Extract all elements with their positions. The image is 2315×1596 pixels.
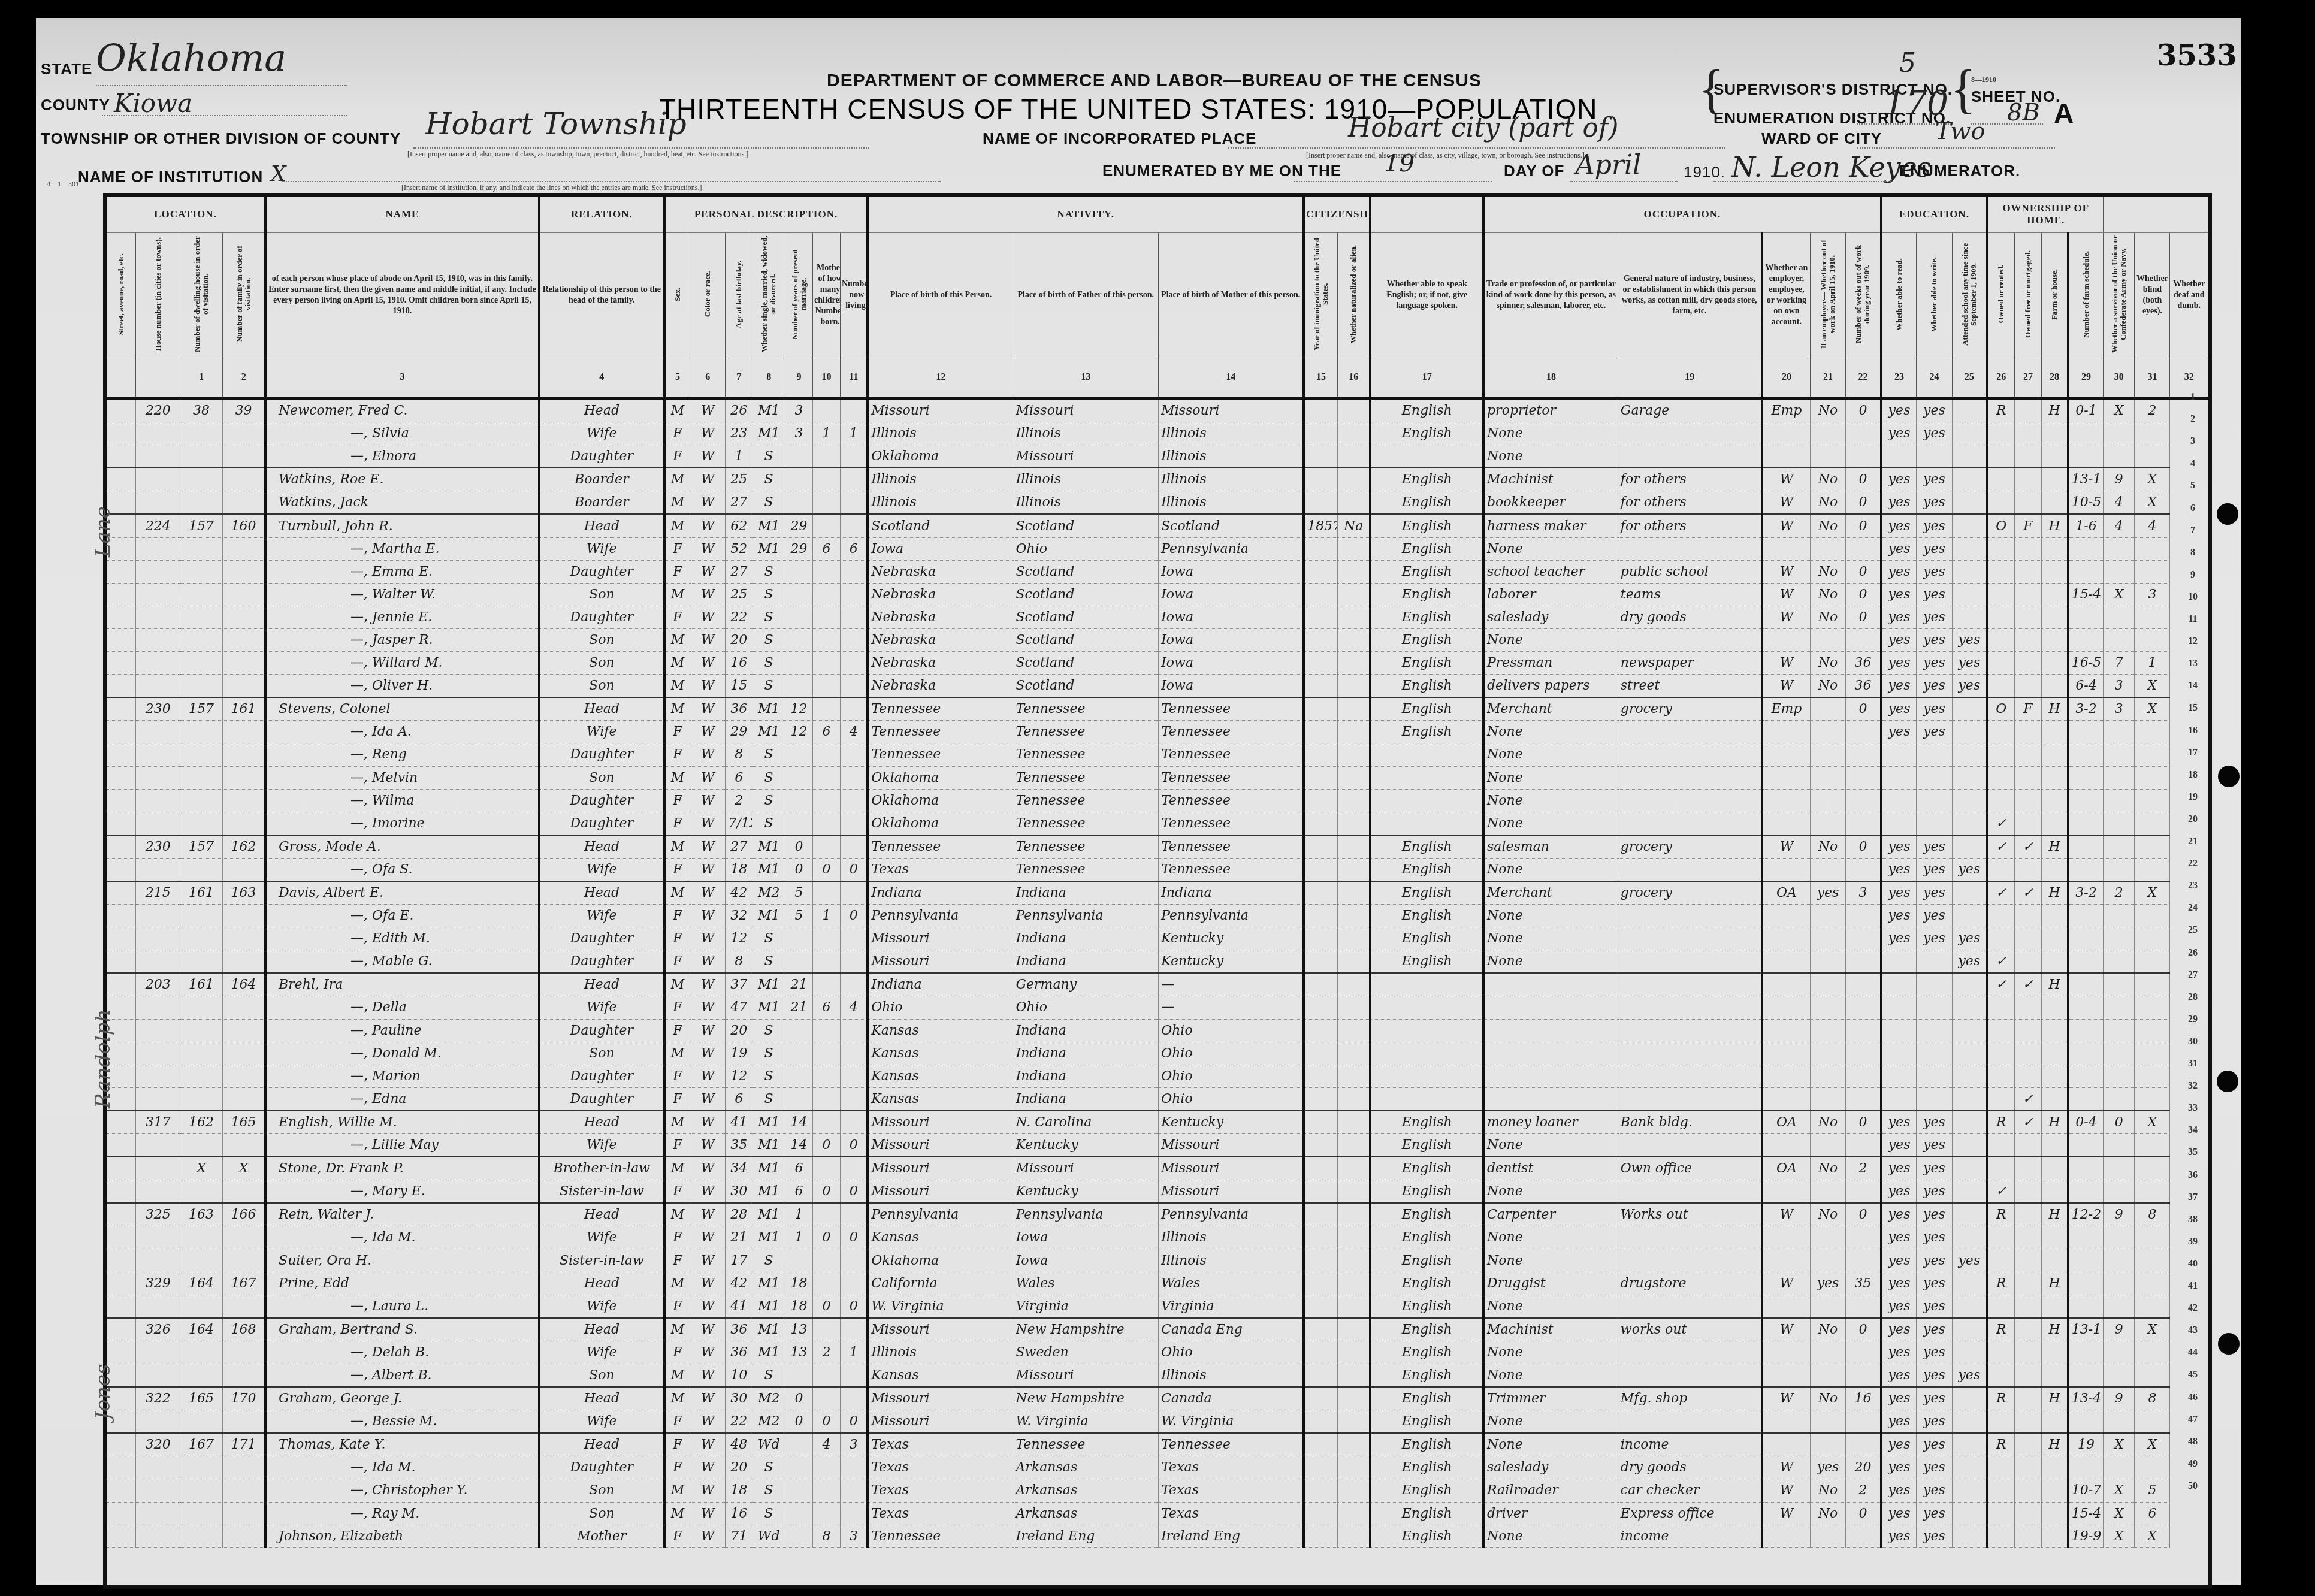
cell-race: W [690,606,726,628]
cell-street [107,858,136,881]
cell-industry [1618,1226,1762,1249]
cell-schedule: 15-4 [2068,1502,2104,1525]
census-body: 2203839Newcomer, Fred C.HeadMW26M13Misso… [107,398,2208,1548]
cell-pob-father: Virginia [1013,1295,1159,1318]
cell-sex: F [664,1087,690,1111]
cell-trade: None [1483,1295,1618,1318]
cell-free [2014,721,2042,743]
cell-family [223,1019,265,1042]
cell-age: 34 [726,1157,752,1180]
cell-c31 [2135,1341,2170,1364]
cell-sex: F [664,1226,690,1249]
census-row: —, Bessie M.WifeFW22M2000MissouriW. Virg… [107,1410,2208,1434]
cell-pob-father: Missouri [1013,1157,1159,1180]
cell-out-work [1810,789,1845,812]
cell-family [223,721,265,743]
cell-owned: R [1987,1203,2014,1226]
cell-c30 [2104,445,2135,468]
cell-pob-mother: Missouri [1159,398,1304,422]
cell-years-married: 14 [785,1134,813,1157]
cell-years-married [785,652,813,675]
cell-age: 6 [726,1087,752,1111]
cell-years-married [785,445,813,468]
cell-dwelling: 164 [180,1318,222,1341]
cell-relation: Wife [539,721,664,743]
cell-farm: H [2042,697,2068,721]
cell-school [1952,905,1987,927]
cell-living [840,1087,868,1111]
cell-c30: 4 [2104,514,2135,537]
cell-read: yes [1881,560,1917,583]
cell-pob-mother: Missouri [1159,1180,1304,1204]
line-number: 10 [2181,592,2205,603]
cell-natz [1337,1318,1370,1341]
cell-name: Stevens, Colonel [265,697,539,721]
cell-write: yes [1917,675,1952,698]
cell-industry [1618,628,1762,651]
cell-pob: Kansas [868,1042,1013,1065]
cell-relation: Daughter [539,1087,664,1111]
cell-read: yes [1881,1433,1917,1456]
cell-owned [1987,789,2014,812]
cell-house [136,583,180,606]
cell-trade: None [1483,1364,1618,1387]
cell-pob: Kansas [868,1364,1013,1387]
cell-trade: saleslady [1483,606,1618,628]
cell-immig [1304,697,1337,721]
cell-age: 12 [726,927,752,950]
cell-trade: Carpenter [1483,1203,1618,1226]
cell-pob: Missouri [868,1134,1013,1157]
cell-sex: M [664,675,690,698]
cell-street [107,1180,136,1204]
cell-c30: X [2104,583,2135,606]
cell-read [1881,1065,1917,1087]
cell-marital: M2 [752,1387,785,1410]
cell-years-married: 6 [785,1180,813,1204]
census-row: —, Walter W.SonMW25SNebraskaScotlandIowa… [107,583,2208,606]
cell-schedule: 19 [2068,1433,2104,1456]
cell-schedule: 1-6 [2068,514,2104,537]
cell-years-married [785,560,813,583]
cell-race: W [690,1065,726,1087]
cell-out-work: No [1810,468,1845,491]
cell-weeks: 35 [1846,1272,1881,1295]
cell-natz [1337,812,1370,835]
cell-years-married: 21 [785,996,813,1019]
cell-pob-mother: Ohio [1159,1019,1304,1042]
cell-house [136,652,180,675]
cell-marital: S [752,628,785,651]
cell-relation: Daughter [539,1456,664,1479]
cell-out-work: No [1810,675,1845,698]
cell-read: yes [1881,1387,1917,1410]
cell-c31 [2135,1042,2170,1065]
line-number: 40 [2181,1259,2205,1269]
cell-age: 12 [726,1065,752,1087]
cell-dwelling [180,766,222,789]
cell-read: yes [1881,628,1917,651]
column-number: 16 [1337,358,1370,398]
column-number: 24 [1917,358,1952,398]
cell-english: English [1370,675,1483,698]
cell-pob-mother: Canada Eng [1159,1318,1304,1341]
column-label-text: Whether a survivor of the Union or Confe… [2111,234,2127,354]
line-number: 8 [2181,548,2205,558]
cell-c31: X [2135,491,2170,515]
cell-free [2014,1065,2042,1087]
cell-house: 224 [136,514,180,537]
cell-c31 [2135,1272,2170,1295]
cell-dwelling [180,1456,222,1479]
cell-schedule [2068,743,2104,766]
cell-living [840,927,868,950]
cell-school [1952,1134,1987,1157]
cell-emp: W [1762,468,1811,491]
cell-marital: M1 [752,1226,785,1249]
cell-schedule: 12-2 [2068,1203,2104,1226]
cell-c31: X [2135,675,2170,698]
cell-marital: M1 [752,398,785,422]
cell-pob: Tennessee [868,697,1013,721]
cell-dwelling [180,1065,222,1087]
cell-relation: Head [539,1433,664,1456]
cell-pob-mother: Ohio [1159,1065,1304,1087]
column-header-label: Whether able to speak English; or, if no… [1370,233,1483,358]
cell-pob-mother: Ohio [1159,1042,1304,1065]
cell-c31 [2135,422,2170,445]
cell-living [840,1387,868,1410]
cell-c31 [2135,1295,2170,1318]
cell-immig [1304,1272,1337,1295]
cell-born [813,445,841,468]
cell-dwelling [180,1502,222,1525]
cell-marital: M1 [752,1341,785,1364]
cell-emp: W [1762,560,1811,583]
cell-pob-father: Kentucky [1013,1134,1159,1157]
margin-note-lane: Lane [91,506,115,557]
cell-read: yes [1881,398,1917,422]
cell-write [1917,1042,1952,1065]
cell-race: W [690,766,726,789]
cell-read [1881,789,1917,812]
cell-marital: M1 [752,905,785,927]
cell-c31: X [2135,697,2170,721]
cell-industry: income [1618,1433,1762,1456]
cell-pob-mother: Ohio [1159,1087,1304,1111]
ward-line [1857,147,2055,149]
cell-farm [2042,743,2068,766]
cell-school [1952,1111,1987,1134]
cell-family [223,927,265,950]
cell-years-married [785,606,813,628]
cell-immig [1304,675,1337,698]
cell-sex: M [664,1318,690,1341]
cell-dwelling [180,468,222,491]
cell-free [2014,905,2042,927]
cell-write [1917,789,1952,812]
census-row: —, DellaWifeFW47M12164OhioOhio— [107,996,2208,1019]
cell-sex: M [664,491,690,515]
cell-emp [1762,1364,1811,1387]
cell-read: yes [1881,1295,1917,1318]
cell-schedule [2068,1295,2104,1318]
census-row: —, Jennie E.DaughterFW22SNebraskaScotlan… [107,606,2208,628]
cell-owned [1987,1134,2014,1157]
cell-race: W [690,1272,726,1295]
cell-schedule [2068,560,2104,583]
cell-pob-father: Pennsylvania [1013,1203,1159,1226]
cell-industry [1618,1087,1762,1111]
cell-age: 15 [726,675,752,698]
cell-natz [1337,1087,1370,1111]
cell-write [1917,1019,1952,1042]
cell-farm [2042,1525,2068,1547]
cell-sex: F [664,1410,690,1434]
cell-weeks: 0 [1846,1502,1881,1525]
cell-natz [1337,1341,1370,1364]
cell-farm [2042,468,2068,491]
cell-weeks [1846,1087,1881,1111]
cell-pob: Tennessee [868,721,1013,743]
cell-race: W [690,652,726,675]
cell-years-married: 5 [785,905,813,927]
column-number: 14 [1159,358,1304,398]
cell-school [1952,1318,1987,1341]
cell-immig [1304,835,1337,859]
cell-free [2014,789,2042,812]
cell-living [840,1019,868,1042]
cell-relation: Wife [539,1226,664,1249]
cell-industry: for others [1618,468,1762,491]
cell-owned [1987,858,2014,881]
cell-race: W [690,1087,726,1111]
cell-trade [1483,996,1618,1019]
cell-immig [1304,858,1337,881]
cell-race: W [690,721,726,743]
cell-weeks [1846,1341,1881,1364]
cell-living [840,789,868,812]
cell-schedule: 0-1 [2068,398,2104,422]
cell-race: W [690,514,726,537]
column-header-label: Age at last birthday. [726,233,752,358]
cell-natz [1337,1525,1370,1547]
cell-free [2014,1226,2042,1249]
cell-marital: M1 [752,1295,785,1318]
cell-pob: Pennsylvania [868,905,1013,927]
cell-weeks [1846,766,1881,789]
cell-out-work [1810,1295,1845,1318]
census-row: —, Donald M.SonMW19SKansasIndianaOhio [107,1042,2208,1065]
cell-family [223,1042,265,1065]
cell-race: W [690,537,726,560]
cell-farm: H [2042,881,2068,905]
cell-industry: for others [1618,491,1762,515]
township-label: TOWNSHIP OR OTHER DIVISION OF COUNTY [41,129,401,148]
cell-write: yes [1917,1134,1952,1157]
cell-years-married [785,766,813,789]
cell-name: —, Edna [265,1087,539,1111]
cell-owned [1987,1249,2014,1272]
cell-schedule [2068,1134,2104,1157]
cell-years-married [785,812,813,835]
cell-street [107,606,136,628]
line-number: 3 [2181,436,2205,447]
cell-out-work: yes [1810,1456,1845,1479]
cell-pob-mother: Missouri [1159,1134,1304,1157]
cell-pob: Missouri [868,950,1013,974]
cell-street [107,743,136,766]
cell-natz [1337,766,1370,789]
cell-pob-mother: Canada [1159,1387,1304,1410]
line-number: 26 [2181,948,2205,959]
column-group-header [1370,197,1483,233]
cell-pob-father: Indiana [1013,1042,1159,1065]
cell-sex: M [664,468,690,491]
ward-label: WARD OF CITY [1761,129,1882,148]
line-number: 45 [2181,1370,2205,1380]
cell-weeks [1846,628,1881,651]
cell-living: 0 [840,1180,868,1204]
cell-name: —, Ida M. [265,1226,539,1249]
cell-age: 16 [726,652,752,675]
cell-industry [1618,927,1762,950]
cell-school [1952,1525,1987,1547]
cell-emp [1762,766,1811,789]
cell-family: 170 [223,1387,265,1410]
cell-house [136,445,180,468]
cell-living: 4 [840,721,868,743]
cell-read: yes [1881,422,1917,445]
cell-years-married [785,1087,813,1111]
cell-pob-father: Arkansas [1013,1502,1159,1525]
line-number: 43 [2181,1325,2205,1336]
column-number: 23 [1881,358,1917,398]
cell-emp [1762,1433,1811,1456]
cell-pob: Illinois [868,422,1013,445]
cell-trade: proprietor [1483,398,1618,422]
cell-house [136,927,180,950]
cell-family [223,1364,265,1387]
cell-school [1952,812,1987,835]
cell-living [840,1272,868,1295]
cell-living [840,881,868,905]
line-number: 16 [2181,726,2205,736]
cell-pob-mother: Iowa [1159,583,1304,606]
cell-relation: Head [539,1272,664,1295]
column-label-text: Number of family in order of visitation. [235,234,252,354]
cell-family: 39 [223,398,265,422]
cell-industry: newspaper [1618,652,1762,675]
column-label-text: Year of immigration to the United States… [1313,234,1329,354]
cell-pob-mother: Illinois [1159,1364,1304,1387]
cell-out-work: No [1810,1111,1845,1134]
cell-read: yes [1881,858,1917,881]
cell-pob-father: Scotland [1013,675,1159,698]
cell-immig [1304,1410,1337,1434]
cell-relation: Head [539,835,664,859]
cell-c31 [2135,789,2170,812]
cell-industry: car checker [1618,1479,1762,1502]
cell-relation: Brother-in-law [539,1157,664,1180]
line-number: 23 [2181,881,2205,891]
cell-relation: Son [539,583,664,606]
cell-pob-mother: Illinois [1159,422,1304,445]
cell-c31: 5 [2135,1479,2170,1502]
cell-trade: saleslady [1483,1456,1618,1479]
county-label: COUNTY [41,96,110,114]
cell-born: 2 [813,1341,841,1364]
cell-farm: H [2042,973,2068,996]
column-label-text: Farm or house. [2050,269,2059,320]
cell-pob-father: Tennessee [1013,766,1159,789]
cell-free [2014,560,2042,583]
cell-free [2014,1364,2042,1387]
cell-sex: M [664,881,690,905]
cell-out-work: No [1810,606,1845,628]
column-number: 1 [180,358,222,398]
cell-pob-father: Tennessee [1013,858,1159,881]
cell-c30 [2104,905,2135,927]
cell-age: 25 [726,468,752,491]
column-header-label: House number (in cities or towns). [136,233,180,358]
cell-pob: Missouri [868,1410,1013,1434]
cell-c30 [2104,1134,2135,1157]
cell-schedule [2068,422,2104,445]
cell-house [136,1364,180,1387]
cell-english: English [1370,1249,1483,1272]
cell-immig [1304,1180,1337,1204]
cell-owned [1987,606,2014,628]
cell-write: yes [1917,1387,1952,1410]
cell-relation: Head [539,1318,664,1341]
cell-schedule [2068,1272,2104,1295]
cell-owned [1987,1065,2014,1087]
cell-years-married: 1 [785,1226,813,1249]
column-group-header: NATIVITY. [868,197,1304,233]
cell-natz [1337,996,1370,1019]
cell-trade: None [1483,1410,1618,1434]
cell-farm [2042,789,2068,812]
cell-write: yes [1917,398,1952,422]
cell-school [1952,1019,1987,1042]
sheet-value: 8B [2007,99,2040,126]
cell-born [813,950,841,974]
census-row: 2203839Newcomer, Fred C.HeadMW26M13Misso… [107,398,2208,422]
cell-born [813,1249,841,1272]
cell-family [223,1341,265,1364]
cell-age: 28 [726,1203,752,1226]
cell-race: W [690,1295,726,1318]
cell-schedule [2068,973,2104,996]
cell-pob-father: Tennessee [1013,1433,1159,1456]
cell-dwelling [180,628,222,651]
cell-sex: M [664,1272,690,1295]
cell-name: Rein, Walter J. [265,1203,539,1226]
census-row: —, ElnoraDaughterFW1SOklahomaMissouriIll… [107,445,2208,468]
cell-house [136,675,180,698]
cell-relation: Son [539,1502,664,1525]
cell-c31 [2135,1019,2170,1042]
cell-marital: S [752,1065,785,1087]
cell-out-work: No [1810,491,1845,515]
cell-out-work [1810,905,1845,927]
cell-age: 22 [726,606,752,628]
cell-pob-mother: Illinois [1159,445,1304,468]
cell-english: English [1370,1134,1483,1157]
cell-years-married [785,583,813,606]
cell-age: 6 [726,766,752,789]
